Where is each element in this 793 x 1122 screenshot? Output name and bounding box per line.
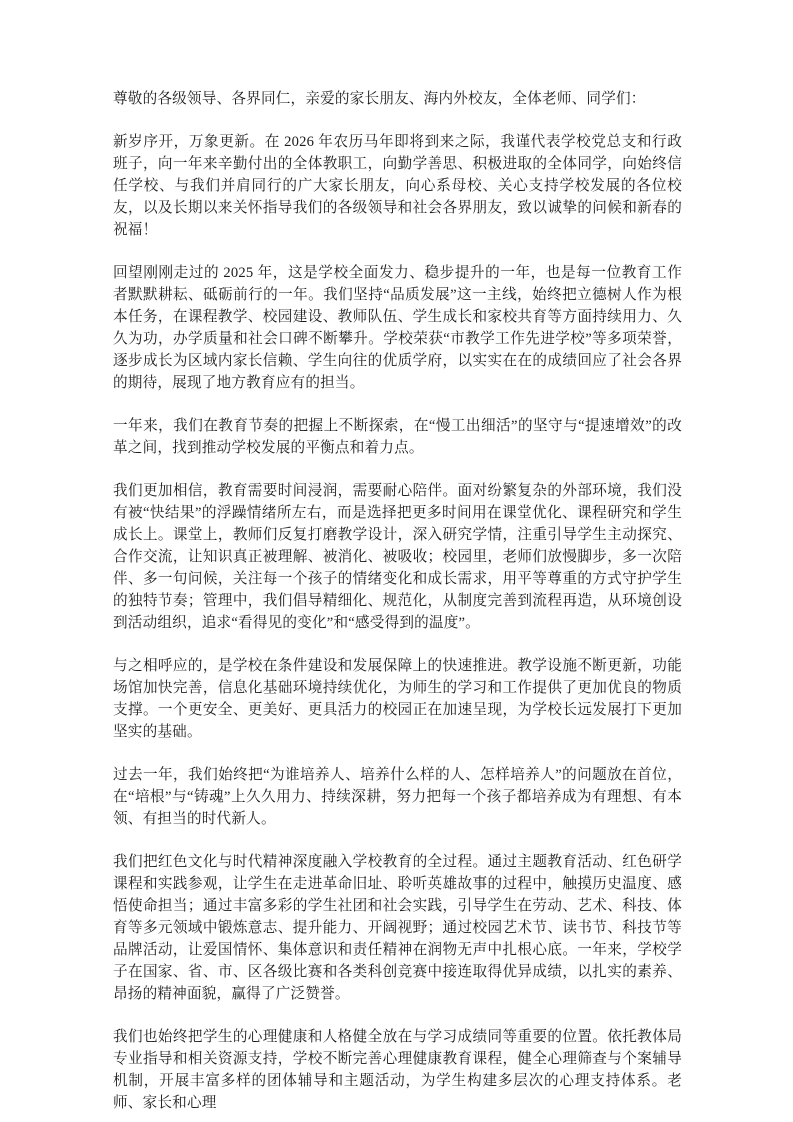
paragraph-red-culture: 我们把红色文化与时代精神深度融入学校教育的全过程。通过主题教育活动、红色研学课程… [113,851,682,1005]
paragraph-facility-construction: 与之相呼应的，是学校在条件建设和发展保障上的快速推进。教学设施不断更新，功能场馆… [113,655,682,743]
document-page: 尊敬的各级领导、各界同仁，亲爱的家长朋友、海内外校友，全体老师、同学们： 新岁序… [0,0,793,1122]
paragraph-new-year-greeting: 新岁序开，万象更新。在 2026 年农历马年即将到来之际，我谨代表学校党总支和行… [113,131,682,241]
paragraph-review-2025: 回望刚刚走过的 2025 年，这是学校全面发力、稳步提升的一年，也是每一位教育工… [113,262,682,394]
paragraph-mental-health: 我们也始终把学生的心理健康和人格健全放在与学习成绩同等重要的位置。依托教体局专业… [113,1026,682,1114]
paragraph-patient-education: 我们更加相信，教育需要时间浸润，需要耐心陪伴。面对纷繁复杂的外部环境，我们没有被… [113,480,682,634]
document-body: 尊敬的各级领导、各界同仁，亲爱的家长朋友、海内外校友，全体老师、同学们： 新岁序… [113,88,682,1114]
paragraph-cultivation-mission: 过去一年，我们始终把“为谁培养人、培养什么样的人、怎样培养人”的问题放在首位，在… [113,764,682,830]
salutation-line: 尊敬的各级领导、各界同仁，亲爱的家长朋友、海内外校友，全体老师、同学们： [113,88,682,110]
paragraph-pace-exploration: 一年来，我们在教育节奏的把握上不断探索，在“慢工出细活”的坚守与“提速增效”的改… [113,415,682,459]
